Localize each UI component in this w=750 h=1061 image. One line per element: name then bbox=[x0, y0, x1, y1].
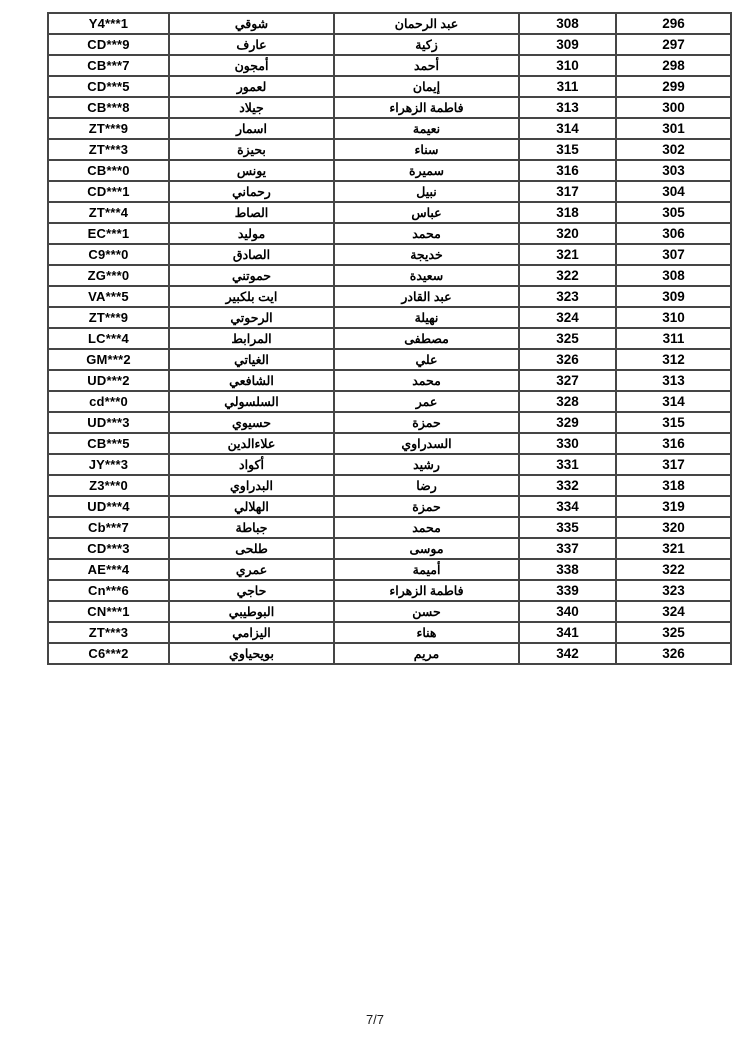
table-row: ZT***3بحيزةسناء315302 bbox=[48, 139, 731, 160]
cell-first-name: حمزة bbox=[334, 496, 519, 517]
cell-number-1: 321 bbox=[519, 244, 616, 265]
cell-number-1: 329 bbox=[519, 412, 616, 433]
cell-last-name: عارف bbox=[169, 34, 334, 55]
table-row: VA***5ايت بلكبيرعبد القادر323309 bbox=[48, 286, 731, 307]
cell-first-name: محمد bbox=[334, 223, 519, 244]
cell-masked-code: UD***4 bbox=[48, 496, 169, 517]
cell-first-name: سعيدة bbox=[334, 265, 519, 286]
cell-last-name: السلسولي bbox=[169, 391, 334, 412]
cell-last-name: الصادق bbox=[169, 244, 334, 265]
cell-masked-code: CB***5 bbox=[48, 433, 169, 454]
cell-number-1: 335 bbox=[519, 517, 616, 538]
document-page: Y4***1شوقيعبد الرحمان308296CD***9عارفزكي… bbox=[0, 0, 750, 1061]
cell-masked-code: ZT***9 bbox=[48, 118, 169, 139]
table-row: ZT***3اليزاميهناء341325 bbox=[48, 622, 731, 643]
cell-last-name: يونس bbox=[169, 160, 334, 181]
cell-first-name: أميمة bbox=[334, 559, 519, 580]
cell-masked-code: CD***1 bbox=[48, 181, 169, 202]
cell-last-name: حاجي bbox=[169, 580, 334, 601]
cell-masked-code: AE***4 bbox=[48, 559, 169, 580]
cell-first-name: نهيلة bbox=[334, 307, 519, 328]
cell-masked-code: Cb***7 bbox=[48, 517, 169, 538]
cell-last-name: الهلالي bbox=[169, 496, 334, 517]
cell-last-name: جباطة bbox=[169, 517, 334, 538]
cell-masked-code: CB***8 bbox=[48, 97, 169, 118]
cell-number-1: 331 bbox=[519, 454, 616, 475]
cell-number-2: 314 bbox=[616, 391, 731, 412]
cell-number-1: 332 bbox=[519, 475, 616, 496]
table-row: UD***2الشافعيمحمد327313 bbox=[48, 370, 731, 391]
cell-last-name: رحماني bbox=[169, 181, 334, 202]
cell-masked-code: JY***3 bbox=[48, 454, 169, 475]
cell-last-name: البوطيبي bbox=[169, 601, 334, 622]
cell-number-2: 305 bbox=[616, 202, 731, 223]
cell-masked-code: ZG***0 bbox=[48, 265, 169, 286]
cell-last-name: الغياتي bbox=[169, 349, 334, 370]
cell-number-2: 325 bbox=[616, 622, 731, 643]
cell-last-name: البدراوي bbox=[169, 475, 334, 496]
cell-last-name: ايت بلكبير bbox=[169, 286, 334, 307]
table-row: cd***0السلسوليعمر328314 bbox=[48, 391, 731, 412]
cell-number-2: 297 bbox=[616, 34, 731, 55]
cell-masked-code: ZT***9 bbox=[48, 307, 169, 328]
cell-number-2: 310 bbox=[616, 307, 731, 328]
cell-first-name: السدراوي bbox=[334, 433, 519, 454]
cell-masked-code: UD***2 bbox=[48, 370, 169, 391]
cell-last-name: موليد bbox=[169, 223, 334, 244]
cell-first-name: إيمان bbox=[334, 76, 519, 97]
cell-last-name: لعمور bbox=[169, 76, 334, 97]
cell-number-1: 308 bbox=[519, 13, 616, 34]
cell-number-1: 326 bbox=[519, 349, 616, 370]
table-row: CD***9عارفزكية309297 bbox=[48, 34, 731, 55]
cell-first-name: عباس bbox=[334, 202, 519, 223]
cell-masked-code: C9***0 bbox=[48, 244, 169, 265]
cell-masked-code: CD***5 bbox=[48, 76, 169, 97]
cell-number-2: 313 bbox=[616, 370, 731, 391]
cell-number-2: 319 bbox=[616, 496, 731, 517]
cell-last-name: عمري bbox=[169, 559, 334, 580]
cell-first-name: سناء bbox=[334, 139, 519, 160]
table-row: CB***7أمجونأحمد310298 bbox=[48, 55, 731, 76]
cell-first-name: محمد bbox=[334, 370, 519, 391]
cell-masked-code: CD***3 bbox=[48, 538, 169, 559]
cell-number-1: 310 bbox=[519, 55, 616, 76]
cell-last-name: الشافعي bbox=[169, 370, 334, 391]
cell-number-2: 326 bbox=[616, 643, 731, 664]
cell-masked-code: ZT***3 bbox=[48, 622, 169, 643]
cell-first-name: حمزة bbox=[334, 412, 519, 433]
table-row: CD***3طلحىموسى337321 bbox=[48, 538, 731, 559]
table-row: JY***3أكوادرشيد331317 bbox=[48, 454, 731, 475]
cell-number-2: 316 bbox=[616, 433, 731, 454]
table-row: CB***5علاءالدينالسدراوي330316 bbox=[48, 433, 731, 454]
cell-first-name: حسن bbox=[334, 601, 519, 622]
table-row: C9***0الصادقخديجة321307 bbox=[48, 244, 731, 265]
cell-number-1: 309 bbox=[519, 34, 616, 55]
cell-last-name: اليزامي bbox=[169, 622, 334, 643]
cell-masked-code: CN***1 bbox=[48, 601, 169, 622]
cell-last-name: بويحياوي bbox=[169, 643, 334, 664]
table-row: UD***4الهلاليحمزة334319 bbox=[48, 496, 731, 517]
cell-last-name: أكواد bbox=[169, 454, 334, 475]
roster-table: Y4***1شوقيعبد الرحمان308296CD***9عارفزكي… bbox=[47, 12, 732, 665]
cell-first-name: علي bbox=[334, 349, 519, 370]
cell-number-1: 342 bbox=[519, 643, 616, 664]
cell-last-name: المرابط bbox=[169, 328, 334, 349]
cell-number-1: 338 bbox=[519, 559, 616, 580]
cell-last-name: الصاط bbox=[169, 202, 334, 223]
table-row: CN***1البوطيبيحسن340324 bbox=[48, 601, 731, 622]
cell-masked-code: UD***3 bbox=[48, 412, 169, 433]
cell-last-name: الرحوتي bbox=[169, 307, 334, 328]
cell-number-1: 330 bbox=[519, 433, 616, 454]
cell-number-2: 318 bbox=[616, 475, 731, 496]
cell-first-name: خديجة bbox=[334, 244, 519, 265]
cell-first-name: موسى bbox=[334, 538, 519, 559]
cell-first-name: محمد bbox=[334, 517, 519, 538]
cell-number-2: 322 bbox=[616, 559, 731, 580]
cell-number-2: 315 bbox=[616, 412, 731, 433]
table-row: Z3***0البدراويرضا332318 bbox=[48, 475, 731, 496]
table-row: Cn***6حاجيفاطمة الزهراء339323 bbox=[48, 580, 731, 601]
cell-number-2: 317 bbox=[616, 454, 731, 475]
cell-number-1: 317 bbox=[519, 181, 616, 202]
cell-number-1: 323 bbox=[519, 286, 616, 307]
cell-number-2: 321 bbox=[616, 538, 731, 559]
table-row: C6***2بويحياويمريم342326 bbox=[48, 643, 731, 664]
cell-number-1: 325 bbox=[519, 328, 616, 349]
cell-masked-code: EC***1 bbox=[48, 223, 169, 244]
cell-last-name: جيلاد bbox=[169, 97, 334, 118]
table-row: Y4***1شوقيعبد الرحمان308296 bbox=[48, 13, 731, 34]
cell-number-2: 320 bbox=[616, 517, 731, 538]
cell-masked-code: VA***5 bbox=[48, 286, 169, 307]
table-row: EC***1موليدمحمد320306 bbox=[48, 223, 731, 244]
cell-masked-code: CD***9 bbox=[48, 34, 169, 55]
roster-table-body: Y4***1شوقيعبد الرحمان308296CD***9عارفزكي… bbox=[48, 13, 731, 664]
cell-first-name: مريم bbox=[334, 643, 519, 664]
cell-number-1: 341 bbox=[519, 622, 616, 643]
cell-masked-code: C6***2 bbox=[48, 643, 169, 664]
cell-masked-code: CB***0 bbox=[48, 160, 169, 181]
page-number: 7/7 bbox=[0, 1012, 750, 1027]
cell-number-1: 337 bbox=[519, 538, 616, 559]
cell-masked-code: CB***7 bbox=[48, 55, 169, 76]
cell-number-1: 318 bbox=[519, 202, 616, 223]
cell-number-1: 315 bbox=[519, 139, 616, 160]
cell-first-name: نبيل bbox=[334, 181, 519, 202]
table-row: UD***3حسيويحمزة329315 bbox=[48, 412, 731, 433]
cell-number-2: 303 bbox=[616, 160, 731, 181]
cell-first-name: سميرة bbox=[334, 160, 519, 181]
cell-number-1: 327 bbox=[519, 370, 616, 391]
table-row: LC***4المرابطمصطفى325311 bbox=[48, 328, 731, 349]
cell-last-name: حسيوي bbox=[169, 412, 334, 433]
cell-first-name: رضا bbox=[334, 475, 519, 496]
cell-number-2: 312 bbox=[616, 349, 731, 370]
cell-number-1: 339 bbox=[519, 580, 616, 601]
cell-number-2: 296 bbox=[616, 13, 731, 34]
cell-masked-code: cd***0 bbox=[48, 391, 169, 412]
table-row: ZT***4الصاطعباس318305 bbox=[48, 202, 731, 223]
table-row: AE***4عمريأميمة338322 bbox=[48, 559, 731, 580]
cell-number-2: 302 bbox=[616, 139, 731, 160]
cell-number-1: 334 bbox=[519, 496, 616, 517]
table-row: CD***5لعمورإيمان311299 bbox=[48, 76, 731, 97]
cell-first-name: زكية bbox=[334, 34, 519, 55]
cell-masked-code: Cn***6 bbox=[48, 580, 169, 601]
cell-number-2: 301 bbox=[616, 118, 731, 139]
table-row: GM***2الغياتيعلي326312 bbox=[48, 349, 731, 370]
cell-number-2: 299 bbox=[616, 76, 731, 97]
cell-first-name: عبد الرحمان bbox=[334, 13, 519, 34]
table-row: ZG***0حموتنيسعيدة322308 bbox=[48, 265, 731, 286]
cell-first-name: رشيد bbox=[334, 454, 519, 475]
table-row: CD***1رحمانينبيل317304 bbox=[48, 181, 731, 202]
cell-last-name: أمجون bbox=[169, 55, 334, 76]
cell-masked-code: Y4***1 bbox=[48, 13, 169, 34]
cell-masked-code: GM***2 bbox=[48, 349, 169, 370]
cell-number-1: 340 bbox=[519, 601, 616, 622]
cell-last-name: اسمار bbox=[169, 118, 334, 139]
cell-number-1: 313 bbox=[519, 97, 616, 118]
cell-first-name: هناء bbox=[334, 622, 519, 643]
cell-number-2: 306 bbox=[616, 223, 731, 244]
cell-last-name: شوقي bbox=[169, 13, 334, 34]
table-row: Cb***7جباطةمحمد335320 bbox=[48, 517, 731, 538]
cell-masked-code: ZT***3 bbox=[48, 139, 169, 160]
cell-number-2: 309 bbox=[616, 286, 731, 307]
cell-number-1: 324 bbox=[519, 307, 616, 328]
cell-first-name: عبد القادر bbox=[334, 286, 519, 307]
cell-number-2: 308 bbox=[616, 265, 731, 286]
cell-number-1: 314 bbox=[519, 118, 616, 139]
table-row: CB***0يونسسميرة316303 bbox=[48, 160, 731, 181]
cell-first-name: فاطمة الزهراء bbox=[334, 97, 519, 118]
cell-number-1: 316 bbox=[519, 160, 616, 181]
cell-number-2: 307 bbox=[616, 244, 731, 265]
table-row: ZT***9الرحوتينهيلة324310 bbox=[48, 307, 731, 328]
cell-number-1: 320 bbox=[519, 223, 616, 244]
cell-number-2: 304 bbox=[616, 181, 731, 202]
cell-number-2: 298 bbox=[616, 55, 731, 76]
table-row: CB***8جيلادفاطمة الزهراء313300 bbox=[48, 97, 731, 118]
cell-masked-code: ZT***4 bbox=[48, 202, 169, 223]
cell-number-1: 328 bbox=[519, 391, 616, 412]
cell-last-name: حموتني bbox=[169, 265, 334, 286]
cell-last-name: علاءالدين bbox=[169, 433, 334, 454]
cell-number-2: 300 bbox=[616, 97, 731, 118]
cell-masked-code: Z3***0 bbox=[48, 475, 169, 496]
cell-first-name: أحمد bbox=[334, 55, 519, 76]
cell-number-1: 311 bbox=[519, 76, 616, 97]
cell-first-name: عمر bbox=[334, 391, 519, 412]
cell-first-name: فاطمة الزهراء bbox=[334, 580, 519, 601]
cell-number-1: 322 bbox=[519, 265, 616, 286]
cell-number-2: 324 bbox=[616, 601, 731, 622]
cell-first-name: نعيمة bbox=[334, 118, 519, 139]
cell-last-name: بحيزة bbox=[169, 139, 334, 160]
table-row: ZT***9اسمارنعيمة314301 bbox=[48, 118, 731, 139]
cell-number-2: 323 bbox=[616, 580, 731, 601]
cell-number-2: 311 bbox=[616, 328, 731, 349]
cell-masked-code: LC***4 bbox=[48, 328, 169, 349]
cell-first-name: مصطفى bbox=[334, 328, 519, 349]
cell-last-name: طلحى bbox=[169, 538, 334, 559]
